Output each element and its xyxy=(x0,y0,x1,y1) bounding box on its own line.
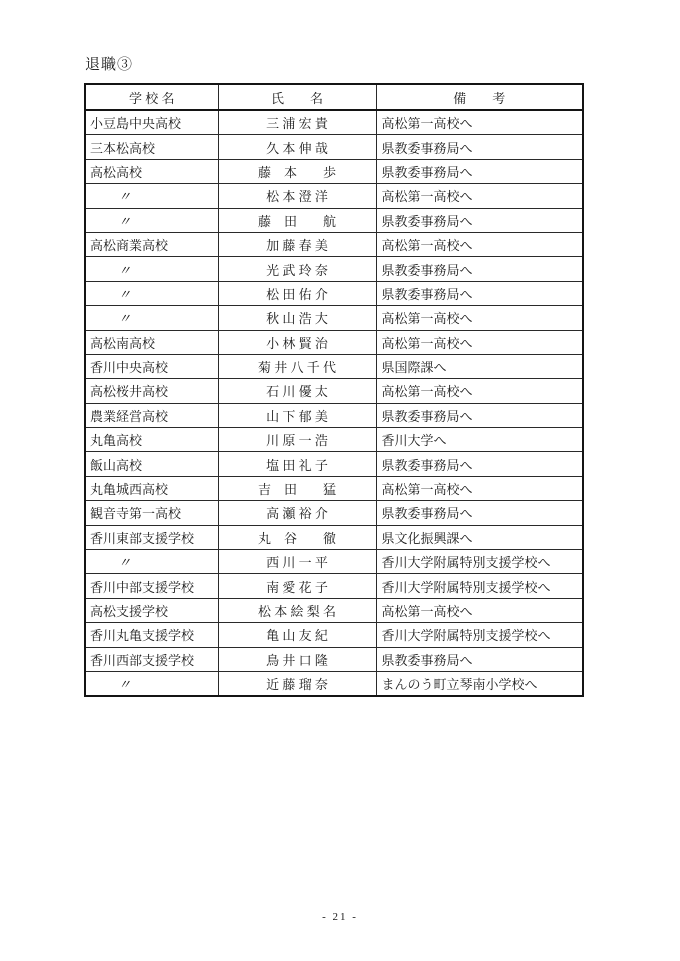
name-cell: 亀 山 友 紀 xyxy=(218,623,376,647)
table-row: 丸亀城西高校 吉 田 猛 高松第一高校へ xyxy=(85,476,583,500)
name-cell: 近 藤 瑠 奈 xyxy=(218,671,376,696)
name-cell: 三 浦 宏 貴 xyxy=(218,110,376,135)
header-person-name: 氏 名 xyxy=(218,84,376,110)
name-cell: 塩 田 礼 子 xyxy=(218,452,376,476)
remark-cell: 県教委事務局へ xyxy=(376,403,583,427)
retirement-table: 学 校 名 氏 名 備 考 小豆島中央高校 三 浦 宏 貴 高松第一高校へ 三本… xyxy=(84,83,584,697)
school-cell: 香川西部支援学校 xyxy=(85,647,218,671)
remark-cell: 香川大学へ xyxy=(376,428,583,452)
name-cell: 加 藤 春 美 xyxy=(218,232,376,256)
header-school-name: 学 校 名 xyxy=(85,84,218,110)
school-cell: 香川東部支援学校 xyxy=(85,525,218,549)
name-cell: 秋 山 浩 大 xyxy=(218,306,376,330)
name-cell: 松 本 絵 梨 名 xyxy=(218,598,376,622)
name-cell: 川 原 一 浩 xyxy=(218,428,376,452)
table-row: 飯山高校 塩 田 礼 子 県教委事務局へ xyxy=(85,452,583,476)
table-row: 香川中央高校 菊 井 八 千 代 県国際課へ xyxy=(85,354,583,378)
school-cell: 香川丸亀支援学校 xyxy=(85,623,218,647)
remark-cell: 県教委事務局へ xyxy=(376,257,583,281)
remark-cell: 県文化振興課へ xyxy=(376,525,583,549)
table-row: 観音寺第一高校 高 瀬 裕 介 県教委事務局へ xyxy=(85,501,583,525)
name-cell: 久 本 伸 哉 xyxy=(218,135,376,159)
name-cell: 藤 本 歩 xyxy=(218,159,376,183)
school-cell: 飯山高校 xyxy=(85,452,218,476)
remark-cell: 高松第一高校へ xyxy=(376,598,583,622)
remark-cell: 香川大学附属特別支援学校へ xyxy=(376,623,583,647)
header-row: 学 校 名 氏 名 備 考 xyxy=(85,84,583,110)
table-row: 高松高校 藤 本 歩 県教委事務局へ xyxy=(85,159,583,183)
remark-cell: 高松第一高校へ xyxy=(376,330,583,354)
name-cell: 藤 田 航 xyxy=(218,208,376,232)
school-cell: 高松高校 xyxy=(85,159,218,183)
remark-cell: 県教委事務局へ xyxy=(376,208,583,232)
school-cell: 香川中央高校 xyxy=(85,354,218,378)
page-title: 退職③ xyxy=(85,53,133,74)
table-row: 〃 松 田 佑 介 県教委事務局へ xyxy=(85,281,583,305)
table-row: 〃 松 本 澄 洋 高松第一高校へ xyxy=(85,184,583,208)
table-row: 高松支援学校 松 本 絵 梨 名 高松第一高校へ xyxy=(85,598,583,622)
table-row: 高松商業高校 加 藤 春 美 高松第一高校へ xyxy=(85,232,583,256)
school-cell: 観音寺第一高校 xyxy=(85,501,218,525)
name-cell: 松 田 佑 介 xyxy=(218,281,376,305)
school-cell: 高松支援学校 xyxy=(85,598,218,622)
name-cell: 西 川 一 平 xyxy=(218,550,376,574)
school-cell: 〃 xyxy=(85,281,218,305)
school-cell: 高松商業高校 xyxy=(85,232,218,256)
name-cell: 石 川 優 太 xyxy=(218,379,376,403)
school-cell: 〃 xyxy=(85,257,218,281)
remark-cell: 県教委事務局へ xyxy=(376,501,583,525)
remark-cell: 高松第一高校へ xyxy=(376,184,583,208)
remark-cell: 県教委事務局へ xyxy=(376,452,583,476)
remark-cell: 香川大学附属特別支援学校へ xyxy=(376,574,583,598)
document-page: 退職③ 学 校 名 氏 名 備 考 小豆島中央高校 三 浦 宏 貴 高松第一高校… xyxy=(0,0,680,961)
school-cell: 〃 xyxy=(85,184,218,208)
table-row: 〃 光 武 玲 奈 県教委事務局へ xyxy=(85,257,583,281)
table-row: 香川西部支援学校 鳥 井 口 隆 県教委事務局へ xyxy=(85,647,583,671)
name-cell: 山 下 郁 美 xyxy=(218,403,376,427)
name-cell: 吉 田 猛 xyxy=(218,476,376,500)
header-remarks: 備 考 xyxy=(376,84,583,110)
school-cell: 香川中部支援学校 xyxy=(85,574,218,598)
table-row: 丸亀高校 川 原 一 浩 香川大学へ xyxy=(85,428,583,452)
table-row: 〃 近 藤 瑠 奈 まんのう町立琴南小学校へ xyxy=(85,671,583,696)
school-cell: 〃 xyxy=(85,208,218,232)
table-body: 小豆島中央高校 三 浦 宏 貴 高松第一高校へ 三本松高校 久 本 伸 哉 県教… xyxy=(85,110,583,696)
name-cell: 高 瀬 裕 介 xyxy=(218,501,376,525)
remark-cell: 県教委事務局へ xyxy=(376,159,583,183)
table-row: 高松桜井高校 石 川 優 太 高松第一高校へ xyxy=(85,379,583,403)
name-cell: 菊 井 八 千 代 xyxy=(218,354,376,378)
table-row: 香川丸亀支援学校 亀 山 友 紀 香川大学附属特別支援学校へ xyxy=(85,623,583,647)
table-row: 農業経営高校 山 下 郁 美 県教委事務局へ xyxy=(85,403,583,427)
table-row: 香川中部支援学校 南 愛 花 子 香川大学附属特別支援学校へ xyxy=(85,574,583,598)
table-row: 小豆島中央高校 三 浦 宏 貴 高松第一高校へ xyxy=(85,110,583,135)
remark-cell: 県教委事務局へ xyxy=(376,647,583,671)
table-header: 学 校 名 氏 名 備 考 xyxy=(85,84,583,110)
remark-cell: 高松第一高校へ xyxy=(376,232,583,256)
school-cell: 〃 xyxy=(85,671,218,696)
table-row: 〃 西 川 一 平 香川大学附属特別支援学校へ xyxy=(85,550,583,574)
remark-cell: まんのう町立琴南小学校へ xyxy=(376,671,583,696)
school-cell: 丸亀高校 xyxy=(85,428,218,452)
name-cell: 南 愛 花 子 xyxy=(218,574,376,598)
school-cell: 〃 xyxy=(85,550,218,574)
remark-cell: 県教委事務局へ xyxy=(376,281,583,305)
name-cell: 鳥 井 口 隆 xyxy=(218,647,376,671)
table-row: 〃 秋 山 浩 大 高松第一高校へ xyxy=(85,306,583,330)
name-cell: 松 本 澄 洋 xyxy=(218,184,376,208)
school-cell: 高松桜井高校 xyxy=(85,379,218,403)
school-cell: 三本松高校 xyxy=(85,135,218,159)
table-row: 〃 藤 田 航 県教委事務局へ xyxy=(85,208,583,232)
name-cell: 小 林 賢 治 xyxy=(218,330,376,354)
remark-cell: 香川大学附属特別支援学校へ xyxy=(376,550,583,574)
remark-cell: 高松第一高校へ xyxy=(376,379,583,403)
remark-cell: 県教委事務局へ xyxy=(376,135,583,159)
school-cell: 〃 xyxy=(85,306,218,330)
remark-cell: 高松第一高校へ xyxy=(376,110,583,135)
school-cell: 丸亀城西高校 xyxy=(85,476,218,500)
page-number: - 21 - xyxy=(0,911,680,923)
school-cell: 小豆島中央高校 xyxy=(85,110,218,135)
table-row: 高松南高校 小 林 賢 治 高松第一高校へ xyxy=(85,330,583,354)
name-cell: 丸 谷 徹 xyxy=(218,525,376,549)
table-row: 香川東部支援学校 丸 谷 徹 県文化振興課へ xyxy=(85,525,583,549)
school-cell: 農業経営高校 xyxy=(85,403,218,427)
remark-cell: 県国際課へ xyxy=(376,354,583,378)
remark-cell: 高松第一高校へ xyxy=(376,306,583,330)
remark-cell: 高松第一高校へ xyxy=(376,476,583,500)
school-cell: 高松南高校 xyxy=(85,330,218,354)
name-cell: 光 武 玲 奈 xyxy=(218,257,376,281)
table-row: 三本松高校 久 本 伸 哉 県教委事務局へ xyxy=(85,135,583,159)
